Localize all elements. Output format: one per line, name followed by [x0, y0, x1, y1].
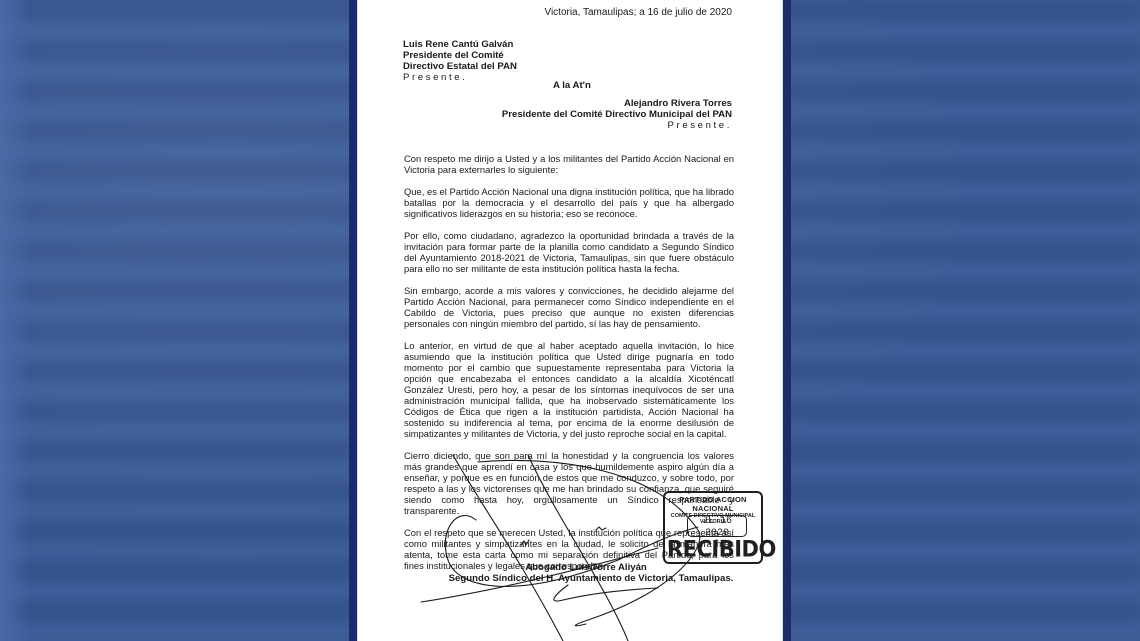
stamp-status: RECIBIDO [667, 536, 761, 561]
stamp-party: PARTIDO ACCION NACIONAL [665, 495, 761, 513]
letter-page: Victoria, Tamaulipas; a 16 de julio de 2… [357, 0, 783, 641]
paragraph: Lo anterior, en virtud de que al haber a… [404, 340, 734, 439]
signature-block: Abogado Luis Torre Aliyán Segundo Síndic… [358, 562, 784, 584]
recipient-presente: Presente. [403, 72, 517, 83]
frame-strip-left [349, 0, 357, 641]
signature-title: Segundo Síndico del H. Ayuntamiento de V… [358, 573, 784, 584]
attention-presente: Presente. [502, 120, 732, 131]
frame-strip-right [783, 0, 791, 641]
stamp-date-box: JL 16 2020 ▲ P.M [687, 515, 747, 537]
background-edge [0, 0, 30, 641]
paragraph: Sin embargo, acorde a mis valores y conv… [404, 285, 734, 329]
recipient-name: Luis Rene Cantú Galván [403, 39, 517, 50]
recipient-title-1: Presidente del Comité [403, 50, 517, 61]
signature-name: Abogado Luis Torre Aliyán [358, 562, 784, 573]
recipient-title-2: Directivo Estatal del PAN [403, 61, 517, 72]
paragraph: Que, es el Partido Acción Nacional una d… [404, 186, 734, 219]
attention-title: Presidente del Comité Directivo Municipa… [502, 109, 732, 120]
paragraph: Por ello, como ciudadano, agradezco la o… [404, 230, 734, 274]
received-stamp: PARTIDO ACCION NACIONAL COMITE DIRECTIVO… [663, 491, 763, 564]
letter-date: Victoria, Tamaulipas; a 16 de julio de 2… [544, 7, 732, 18]
attention-name: Alejandro Rivera Torres [502, 98, 732, 109]
recipient-block: Luis Rene Cantú Galván Presidente del Co… [403, 39, 517, 83]
attention-block: Alejandro Rivera Torres Presidente del C… [502, 98, 732, 131]
paragraph: Con respeto me dirijo a Usted y a los mi… [404, 153, 734, 175]
attention-label: A la At'n [553, 80, 591, 91]
